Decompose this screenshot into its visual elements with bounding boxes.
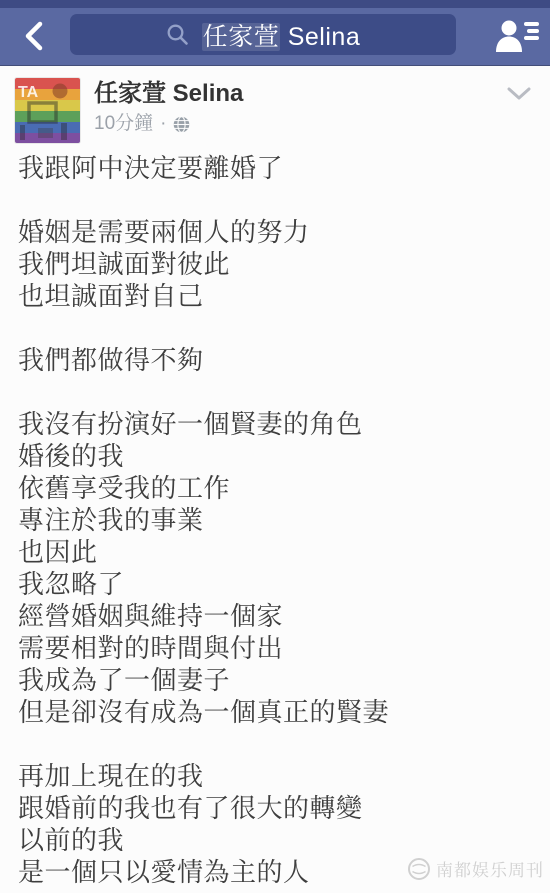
- friend-requests-icon: [494, 18, 540, 57]
- author-name[interactable]: 任家萱 Selina: [94, 80, 243, 108]
- chevron-down-icon: [506, 86, 532, 105]
- svg-text:TA: TA: [18, 84, 39, 101]
- rainbow-profile-image: TA: [15, 130, 80, 143]
- post-text: 我跟阿中決定要離婚了 婚姻是需要兩個人的努力 我們坦誠面對彼此 也坦誠面對自己 …: [18, 152, 534, 888]
- status-bar-strip: [0, 0, 550, 8]
- post-menu-button[interactable]: [502, 82, 536, 108]
- facebook-mobile-screen: 任家萱 Selina: [0, 0, 550, 893]
- author-block: 任家萱 Selina 10分鐘 ·: [94, 80, 243, 134]
- post-meta: 10分鐘 ·: [94, 114, 243, 134]
- globe-icon: [173, 116, 190, 133]
- search-value-rest: Selina: [280, 23, 360, 51]
- back-button[interactable]: [14, 16, 54, 58]
- meta-separator: ·: [160, 114, 166, 134]
- avatar[interactable]: TA: [15, 78, 80, 143]
- search-icon: [166, 23, 189, 46]
- search-bar[interactable]: 任家萱 Selina: [70, 14, 456, 55]
- post-timestamp[interactable]: 10分鐘: [94, 114, 153, 134]
- friend-requests-button[interactable]: [492, 16, 542, 58]
- facebook-header: 任家萱 Selina: [0, 8, 550, 66]
- chevron-left-icon: [22, 20, 46, 55]
- search-input-value[interactable]: 任家萱 Selina: [202, 17, 360, 53]
- search-value-highlighted: 任家萱: [202, 23, 281, 51]
